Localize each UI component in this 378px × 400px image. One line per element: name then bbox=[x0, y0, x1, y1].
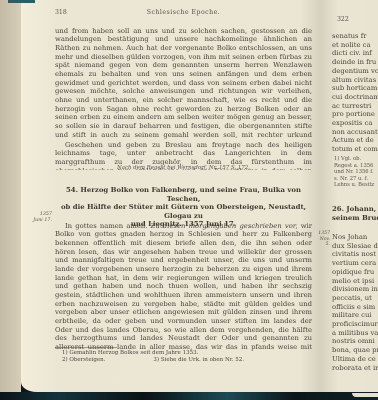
scan-artifact-top bbox=[8, 0, 35, 3]
footnote-rule bbox=[55, 347, 117, 348]
running-head: Schlesische Epoche. bbox=[55, 9, 312, 16]
text-line: ac turrestri bbox=[332, 102, 378, 111]
text-line: cui doctrinam bbox=[332, 93, 378, 102]
charter-body-text: wir Bolko von gottes gnaden herzog in Sc… bbox=[55, 222, 312, 351]
facing-page-text: senatus fret nolite cadicti civ. infdein… bbox=[332, 32, 378, 154]
page-corner-curl bbox=[352, 393, 378, 397]
text-line: melio et ipsi bbox=[332, 277, 378, 286]
text-line: degentium vor bbox=[332, 67, 378, 76]
text-line: 26. Johann, bbox=[332, 205, 378, 214]
facing-page-text-2: Nos Johandux Slesiae dcivitatis nostvert… bbox=[332, 233, 378, 372]
text-line: civitatis nost bbox=[332, 250, 378, 259]
text-line: bona, quae pro bbox=[332, 346, 378, 355]
text-line: Lehns u. Besitz bbox=[334, 182, 374, 189]
text-line: vertium cera bbox=[332, 259, 378, 268]
text-line: Actum et de bbox=[332, 136, 378, 145]
footnote-3: 3) Siehe die Urk. in oben Nr. 52. bbox=[153, 357, 244, 363]
body-paragraph-1: und from haben soll an uns und zu solche… bbox=[55, 27, 312, 140]
text-line: seinem Bruder bbox=[332, 214, 378, 223]
text-line: ob die Hälfte der Stüter mit Gütern von … bbox=[55, 203, 312, 220]
footnote-1: 1) Gemahlin Herzog Bolkos seit dem Jahre… bbox=[62, 350, 312, 357]
text-line: 1) Vgl. ob. bbox=[334, 156, 374, 163]
text-line: s. Nr. 27 u. f. bbox=[334, 176, 374, 183]
text-line: sub horticam bbox=[332, 84, 378, 93]
text-line: proficiscimur bbox=[332, 320, 378, 329]
scanner-shadow-band bbox=[0, 392, 378, 400]
text-line: Nos Johan bbox=[332, 233, 378, 242]
source-note: Nach dem Regest bei Wernsdorf, Nr. 157 S… bbox=[55, 165, 312, 171]
text-line: a militibus va bbox=[332, 329, 378, 338]
text-line: deinde in fru bbox=[332, 58, 378, 67]
text-line: officiis e sim bbox=[332, 303, 378, 312]
footnote-2: 2) Obersteigen. bbox=[62, 357, 105, 363]
charter-italic-lead: Zu diesen morgengaben geschrieben vor, bbox=[151, 222, 298, 230]
text-line: divisionem in bbox=[332, 285, 378, 294]
charter-heading-26: 26. Johann,seinem Bruder bbox=[332, 205, 378, 222]
text-line: Nov. 5. bbox=[314, 237, 330, 248]
charter-invocation: In gottes namen amen. bbox=[65, 222, 147, 230]
text-line: et nolite ca bbox=[332, 41, 378, 50]
footnote-row: 2) Obersteigen. 3) Siehe die Urk. in obe… bbox=[62, 357, 312, 363]
text-line: non accusant bbox=[332, 128, 378, 137]
text-line: altum civitas bbox=[332, 76, 378, 85]
facing-page-footnotes: 1) Vgl. ob.Regest a. 1356und Nr. 1356 f.… bbox=[334, 156, 374, 189]
book-edge-strip bbox=[0, 0, 21, 395]
facing-margin-date-note: 1357Nov. 5. bbox=[314, 231, 330, 248]
text-line: pro portione bbox=[332, 110, 378, 119]
text-line: roborata et in bbox=[332, 364, 378, 373]
text-line: dicti civ. inf bbox=[332, 49, 378, 58]
text-line: peccatis, ut bbox=[332, 294, 378, 303]
text-line: nostris omni bbox=[332, 337, 378, 346]
text-line: expositis ca bbox=[332, 119, 378, 128]
margin-date-note: 1357Juni 17. bbox=[31, 212, 52, 224]
facing-page-number: 322 bbox=[337, 16, 349, 23]
text-line: senatus fr bbox=[332, 32, 378, 41]
text-line: 54. Herzog Bolko von Falkenberg, und sei… bbox=[55, 186, 312, 203]
scanned-book-spread: 318 Schlesische Epoche. und from haben s… bbox=[0, 0, 378, 400]
text-line: totum et com bbox=[332, 145, 378, 154]
text-line: militare cui bbox=[332, 311, 378, 320]
text-line: und Nr. 1356 f. bbox=[334, 169, 374, 176]
text-line: dux Slesiae d bbox=[332, 242, 378, 251]
text-line: Ultima de ce bbox=[332, 355, 378, 364]
text-line: Regest a. 1356 bbox=[334, 163, 374, 170]
page-header: 318 Schlesische Epoche. bbox=[55, 9, 312, 19]
text-line: Juni 17. bbox=[31, 218, 52, 224]
body-paragraph-3: In gottes namen amen. Zu diesen morgenga… bbox=[55, 222, 312, 351]
page-number: 318 bbox=[55, 9, 67, 16]
text-line: opidique fru bbox=[332, 268, 378, 277]
